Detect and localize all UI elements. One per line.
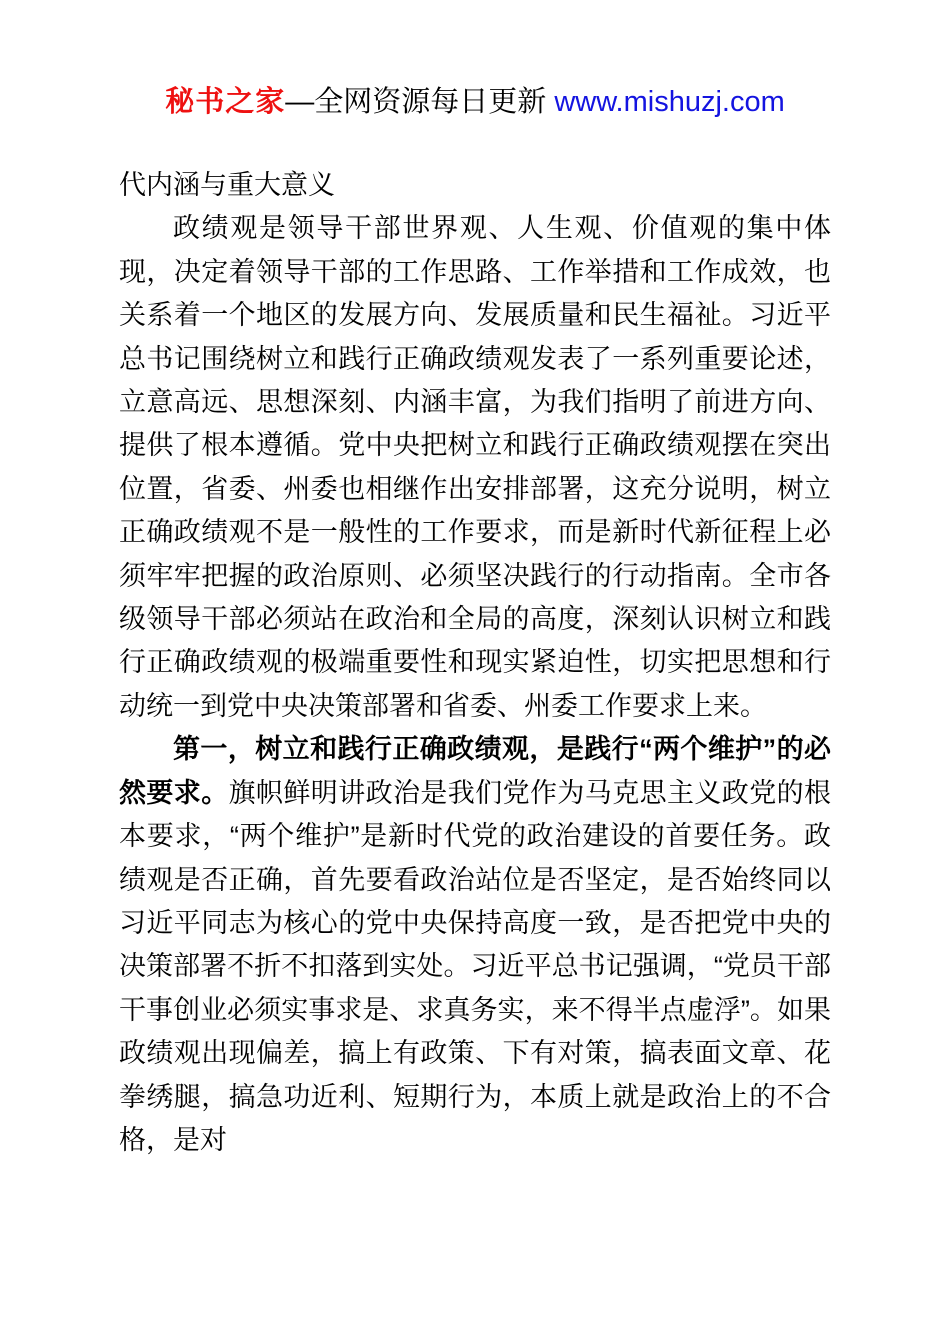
site-header: 秘书之家—全网资源每日更新 www.mishuzj.com — [0, 0, 950, 118]
paragraph-first-point: 第一，树立和践行正确政绩观，是践行“两个维护”的必然要求。旗帜鲜明讲政治是我们党… — [119, 728, 831, 1162]
paragraph-intro: 政绩观是领导干部世界观、人生观、价值观的集中体现，决定着领导干部的工作思路、工作… — [119, 207, 831, 728]
paragraph-continuation: 代内涵与重大意义 — [119, 164, 831, 207]
document-body: 代内涵与重大意义 政绩观是领导干部世界观、人生观、价值观的集中体现，决定着领导干… — [119, 164, 831, 1162]
document-page: 秘书之家—全网资源每日更新 www.mishuzj.com 代内涵与重大意义 政… — [0, 0, 950, 1344]
site-tagline: —全网资源每日更新 — [285, 86, 554, 118]
site-brand: 秘书之家 — [165, 86, 285, 118]
site-url-link[interactable]: www.mishuzj.com — [554, 86, 784, 118]
paragraph-first-point-body: 旗帜鲜明讲政治是我们党作为马克思主义政党的根本要求，“两个维护”是新时代党的政治… — [119, 778, 831, 1155]
